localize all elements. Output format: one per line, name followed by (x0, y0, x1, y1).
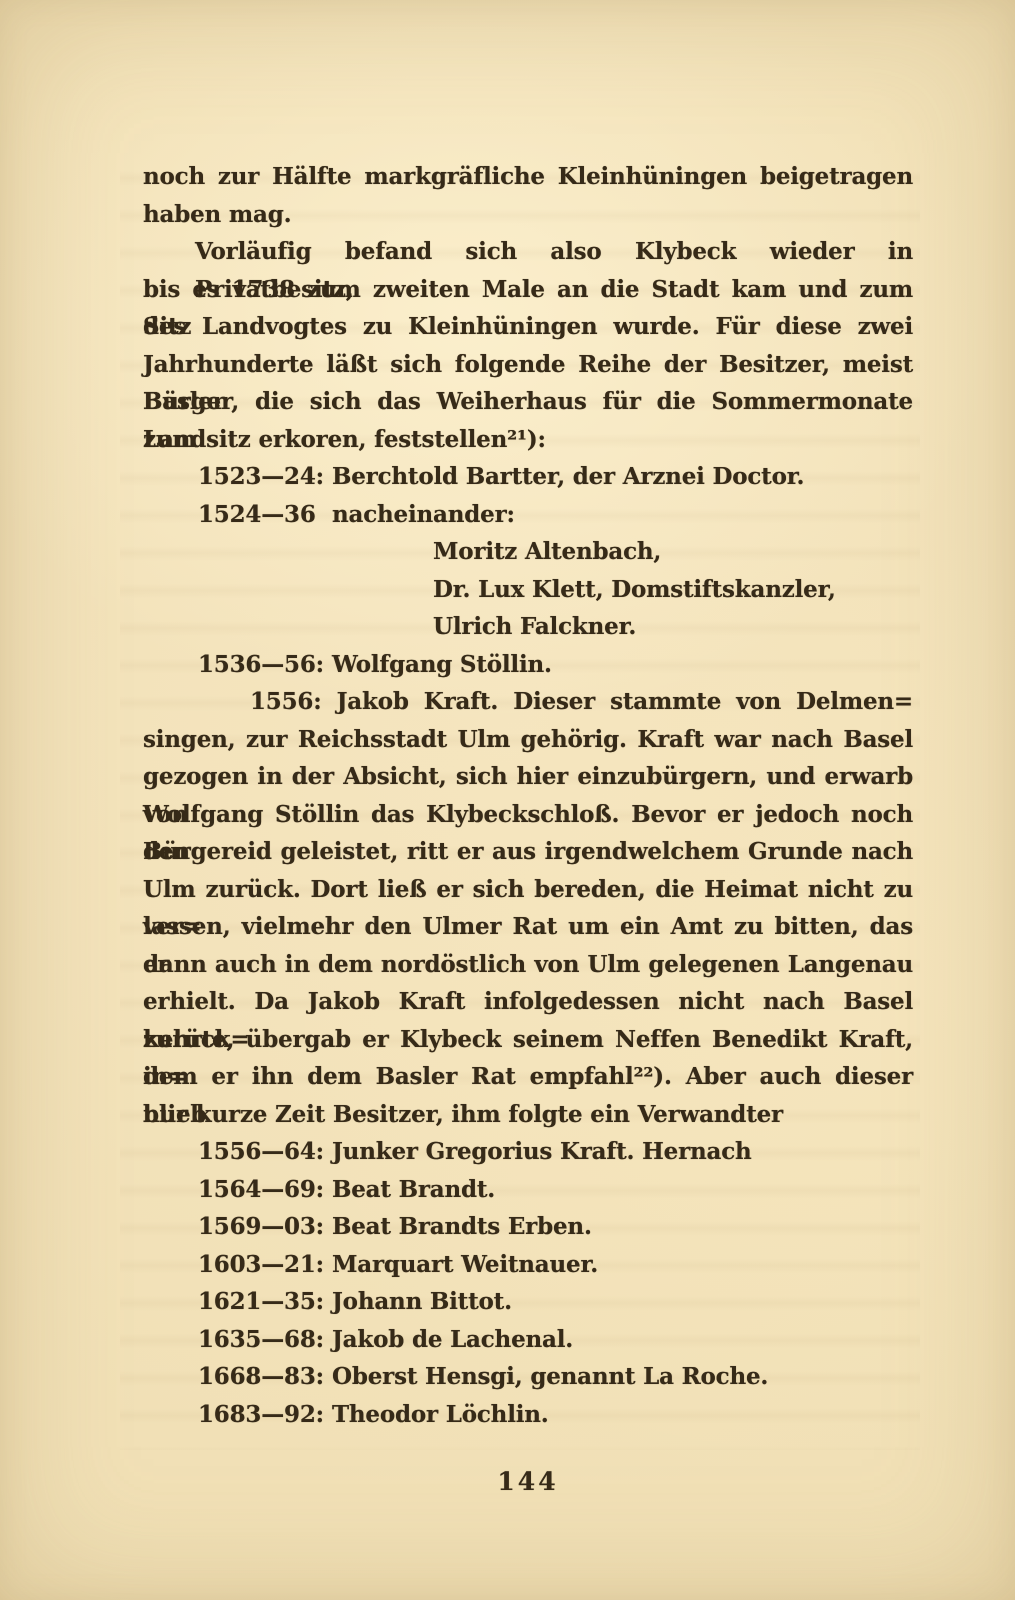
body-text: noch zur Hälfte markgräfliche Kleinhünin… (143, 158, 913, 1433)
text-line: dann auch in dem nordöstlich von Ulm gel… (143, 946, 913, 984)
owner-years: 1523—24: (198, 458, 332, 496)
owner-list-row: 1668—83:Oberst Hensgi, genannt La Roche. (143, 1358, 913, 1396)
owner-name: Wolfgang Stöllin. (332, 651, 552, 678)
text-line: lassen, vielmehr den Ulmer Rat um ein Am… (143, 908, 913, 946)
owner-years: 1683—92: (198, 1396, 332, 1434)
text-line: Jahrhunderte läßt sich folgende Reihe de… (143, 346, 913, 384)
owner-years: 1668—83: (198, 1358, 332, 1396)
owner-name: Berchtold Bartter, der Arznei Doctor. (332, 463, 804, 490)
owner-years: 1564—69: (198, 1171, 332, 1209)
text-line: Wolfgang Stöllin das Klybeckschloß. Bevo… (143, 796, 913, 834)
text-line: haben mag. (143, 196, 913, 234)
text-line: des Landvogtes zu Kleinhüningen wurde. F… (143, 308, 913, 346)
owner-list-row: 1524—36nacheinander: (143, 496, 913, 534)
text-line: kehrte, übergab er Klybeck seinem Neffen… (143, 1021, 913, 1059)
text-line: Ulm zurück. Dort ließ er sich bereden, d… (143, 871, 913, 909)
owner-name: nacheinander: (332, 501, 515, 528)
owner-name: Junker Gregorius Kraft. Hernach (332, 1138, 752, 1165)
text-line: bis es 1738 zum zweiten Male an die Stad… (143, 271, 913, 309)
text-line: dem er ihn dem Basler Rat empfahl²²). Ab… (143, 1058, 913, 1096)
owner-years: 1635—68: (198, 1321, 332, 1359)
owner-years: 1556—64: (198, 1133, 332, 1171)
text-line: singen, zur Reichsstadt Ulm gehörig. Kra… (143, 721, 913, 759)
text-line: gezogen in der Absicht, sich hier einzub… (143, 758, 913, 796)
text-line: nur kurze Zeit Besitzer, ihm folgte ein … (143, 1096, 913, 1134)
sub-owner-line: Dr. Lux Klett, Domstiftskanzler, (143, 571, 913, 609)
owner-years: 1569—03: (198, 1208, 332, 1246)
text-line: Bürger, die sich das Weiherhaus für die … (143, 383, 913, 421)
owner-list-row: 1621—35:Johann Bittot. (143, 1283, 913, 1321)
owner-list-row: 1635—68:Jakob de Lachenal. (143, 1321, 913, 1359)
text-line: 1556: Jakob Kraft. Dieser stammte von De… (143, 683, 913, 721)
owner-name: Theodor Löchlin. (332, 1401, 549, 1428)
text-line: Landsitz erkoren, feststellen²¹): (143, 421, 913, 459)
text-line: Bürgereid geleistet, ritt er aus irgendw… (143, 833, 913, 871)
page-number: 144 (143, 1467, 913, 1496)
owner-list-row: 1523—24:Berchtold Bartter, der Arznei Do… (143, 458, 913, 496)
owner-years: 1621—35: (198, 1283, 332, 1321)
owner-list-row: 1603—21:Marquart Weitnauer. (143, 1246, 913, 1284)
owner-name: Oberst Hensgi, genannt La Roche. (332, 1363, 768, 1390)
text-line: erhielt. Da Jakob Kraft infolgedessen ni… (143, 983, 913, 1021)
owner-years: 1536—56: (198, 646, 332, 684)
owner-name: Beat Brandts Erben. (332, 1213, 592, 1240)
owner-list-row: 1683—92:Theodor Löchlin. (143, 1396, 913, 1434)
sub-owner-line: Ulrich Falckner. (143, 608, 913, 646)
owner-list-row: 1556—64:Junker Gregorius Kraft. Hernach (143, 1133, 913, 1171)
owner-list-row: 1564—69:Beat Brandt. (143, 1171, 913, 1209)
text-line: Vorläufig befand sich also Klybeck wiede… (143, 233, 913, 271)
scanned-book-page: noch zur Hälfte markgräfliche Kleinhünin… (0, 0, 1015, 1600)
owner-list-row: 1569—03:Beat Brandts Erben. (143, 1208, 913, 1246)
owner-list-row: 1536—56:Wolfgang Stöllin. (143, 646, 913, 684)
owner-name: Johann Bittot. (332, 1288, 512, 1315)
owner-name: Beat Brandt. (332, 1176, 495, 1203)
owner-name: Jakob de Lachenal. (332, 1326, 573, 1353)
owner-years: 1524—36 (198, 496, 332, 534)
text-line: noch zur Hälfte markgräfliche Kleinhünin… (143, 158, 913, 196)
owner-years: 1603—21: (198, 1246, 332, 1284)
owner-name: Marquart Weitnauer. (332, 1251, 598, 1278)
sub-owner-line: Moritz Altenbach, (143, 533, 913, 571)
